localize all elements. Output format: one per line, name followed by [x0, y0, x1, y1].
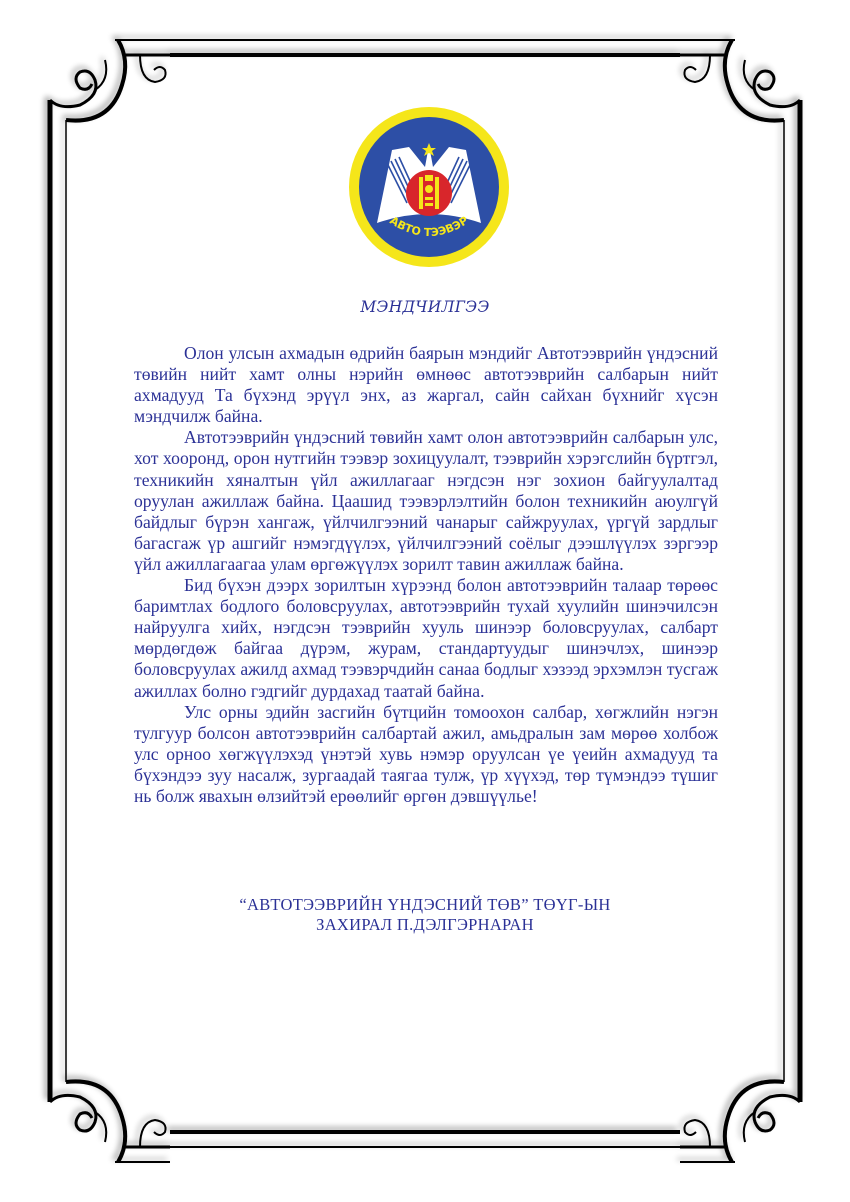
- paragraph: Автотээврийн үндэсний төвийн хамт олон а…: [134, 427, 718, 575]
- paragraph: Бид бүхэн дээрх зорилтын хүрээнд болон а…: [134, 575, 718, 702]
- signature-organization: “АВТОТЭЭВРИЙН ҮНДЭСНИЙ ТӨВ” ТӨҮГ-ЫН: [0, 895, 850, 915]
- greeting-body: Олон улсын ахмадын өдрийн баярын мэндийг…: [134, 343, 718, 807]
- signature-block: “АВТОТЭЭВРИЙН ҮНДЭСНИЙ ТӨВ” ТӨҮГ-ЫН ЗАХИ…: [0, 895, 850, 935]
- paragraph: Улс орны эдийн засгийн бүтцийн томоохон …: [134, 702, 718, 807]
- signature-name: ЗАХИРАЛ П.ДЭЛГЭРНАРАН: [0, 915, 850, 935]
- paragraph: Олон улсын ахмадын өдрийн баярын мэндийг…: [134, 343, 718, 427]
- avto-teever-emblem-icon: АВТО ТЭЭВЭР: [347, 105, 511, 269]
- page-title: МЭНДЧИЛГЭЭ: [0, 298, 850, 316]
